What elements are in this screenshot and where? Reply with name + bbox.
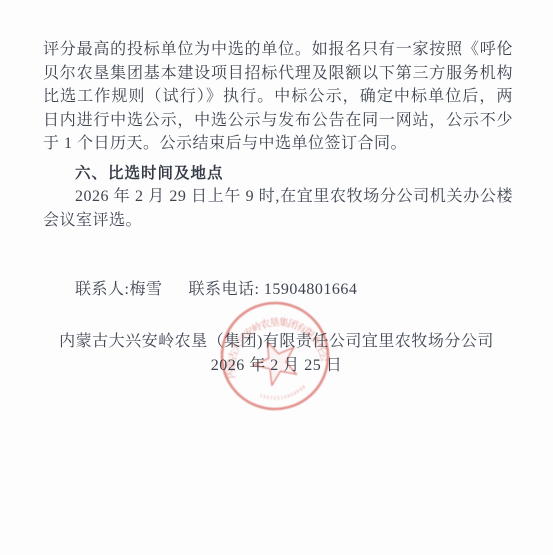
contact-person: 联系人:梅雪 <box>75 278 162 302</box>
contact-phone: 联系电话: 15904801664 <box>188 278 357 302</box>
signature-company: 内蒙古大兴安岭农垦（集团)有限责任公司宜里农牧场分公司 <box>0 330 553 354</box>
paragraph-line: 比选工作规则（试行）》执行。中标公示，确定中标单位后，两 <box>43 85 513 109</box>
document-page: 评分最高的投标单位为中选的单位。如报名只有一家按照《呼伦 贝尔农垦集团基本建设项… <box>0 0 553 555</box>
paragraph-line: 日内进行中选公示，中选公示与发布公告在同一网站，公示不少 <box>43 109 513 133</box>
paragraph-line: 2026 年 2 月 29 日上午 9 时,在宜里农牧场分公司机关办公楼 <box>43 185 513 209</box>
seal-serial-number: 15072510908888 <box>258 382 308 406</box>
paragraph-line: 评分最高的投标单位为中选的单位。如报名只有一家按照《呼伦 <box>43 38 513 62</box>
section-heading: 六、比选时间及地点 <box>75 162 224 186</box>
paragraph-selection-rules: 评分最高的投标单位为中选的单位。如报名只有一家按照《呼伦 贝尔农垦集团基本建设项… <box>43 38 513 156</box>
paragraph-line: 会议室评选。 <box>43 209 513 233</box>
paragraph-time-place: 2026 年 2 月 29 日上午 9 时,在宜里农牧场分公司机关办公楼 会议室… <box>43 185 513 232</box>
signature-date: 2026 年 2 月 25 日 <box>0 354 553 378</box>
paragraph-line: 于 1 个日历天。公示结束后与中选单位签订合同。 <box>43 132 513 156</box>
contact-row: 联系人:梅雪 联系电话: 15904801664 <box>75 278 357 302</box>
paragraph-line: 贝尔农垦集团基本建设项目招标代理及限额以下第三方服务机构 <box>43 62 513 86</box>
